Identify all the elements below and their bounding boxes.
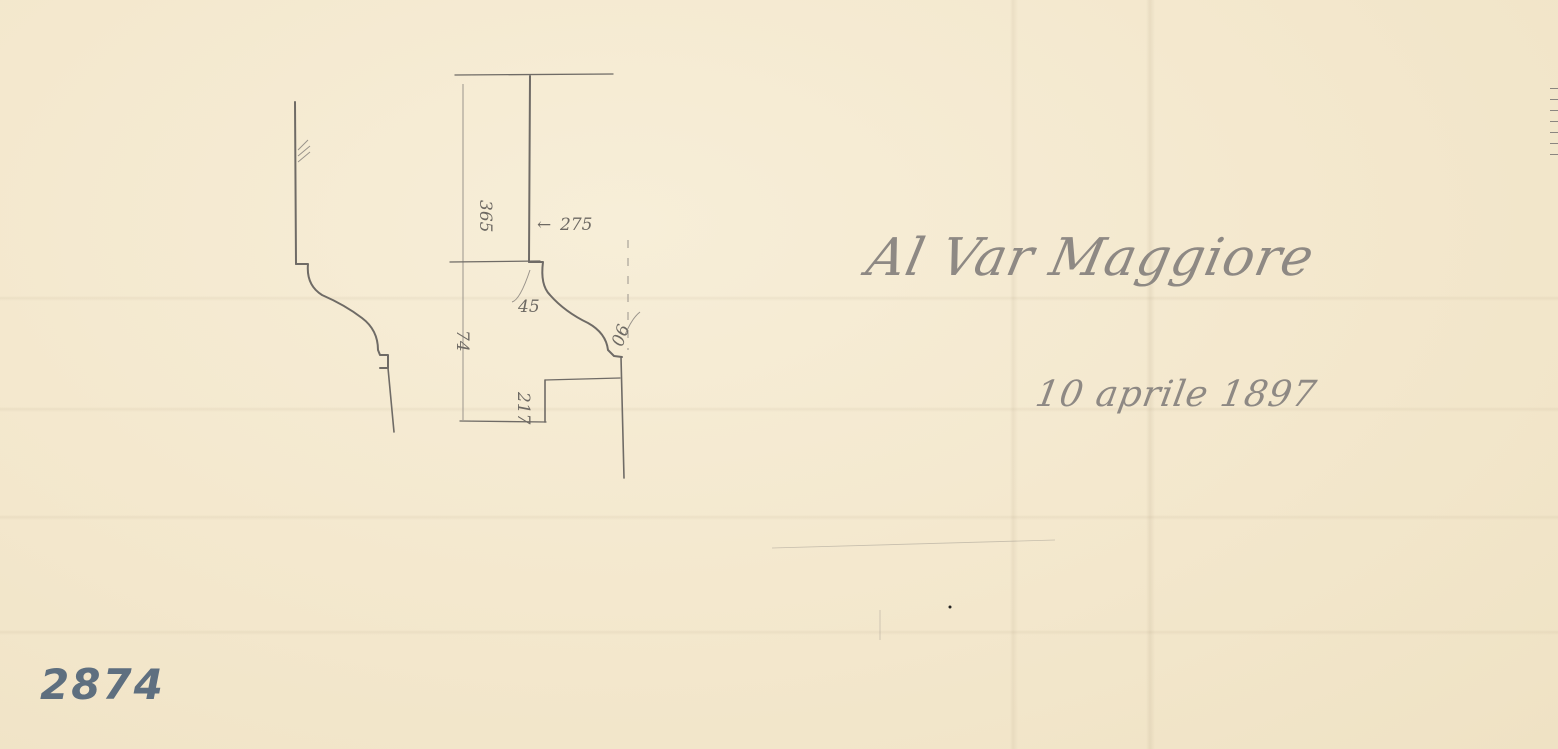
right-profile: 365 ← 275 74 45 06 217 bbox=[450, 74, 640, 478]
left-profile bbox=[295, 102, 394, 432]
inscription-place: Al Var Maggiore bbox=[862, 228, 1320, 288]
dimension-projection: ← bbox=[537, 215, 551, 235]
dimension-projection-value: 275 bbox=[559, 215, 592, 235]
edge-ticks bbox=[1550, 88, 1558, 258]
paper-sheet: 365 ← 275 74 45 06 217 Al Var Maggiore 1… bbox=[0, 0, 1558, 749]
dimension-lower-height: 74 bbox=[452, 330, 472, 352]
inscription-date: 10 aprile 1897 bbox=[1032, 374, 1320, 415]
dimension-small: 06 bbox=[608, 322, 634, 349]
dimension-top-height: 365 bbox=[475, 200, 495, 232]
moulding-sketch: 365 ← 275 74 45 06 217 bbox=[0, 0, 1558, 749]
catalog-number: 2874 bbox=[40, 660, 165, 709]
dimension-base: 217 bbox=[513, 391, 533, 425]
dimension-curve: 45 bbox=[517, 297, 540, 317]
